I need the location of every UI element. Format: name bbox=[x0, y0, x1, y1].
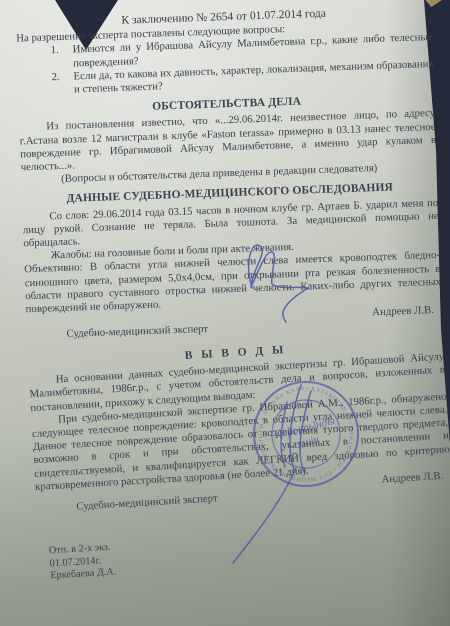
expert-label: Судебно-медицинский эксперт bbox=[66, 323, 208, 341]
photo-of-document: К заключению № 2654 от 01.07.2014 года Н… bbox=[0, 0, 450, 626]
question-number: 1. bbox=[50, 44, 73, 71]
expert-name: Андреев Л.В. bbox=[372, 304, 434, 319]
conclusions-section: В Ы В О Д Ы На основании данных судебно-… bbox=[28, 335, 450, 584]
expert-label: Судебно-медицинский эксперт bbox=[76, 493, 218, 515]
stamp-icon: • ҚАЗАҚСТАН РЕСПУБЛИКАСЫ • СОТ МЕДИЦИНАС… bbox=[249, 377, 363, 491]
official-stamp: • ҚАЗАҚСТАН РЕСПУБЛИКАСЫ • СОТ МЕДИЦИНАС… bbox=[249, 377, 363, 491]
question-number: 2. bbox=[51, 70, 74, 97]
stamp-center-text: үшін bbox=[296, 433, 321, 450]
expert-name: Андреев Л.В. bbox=[381, 470, 443, 487]
document-body: К заключению № 2654 от 01.07.2014 года Н… bbox=[15, 3, 450, 575]
